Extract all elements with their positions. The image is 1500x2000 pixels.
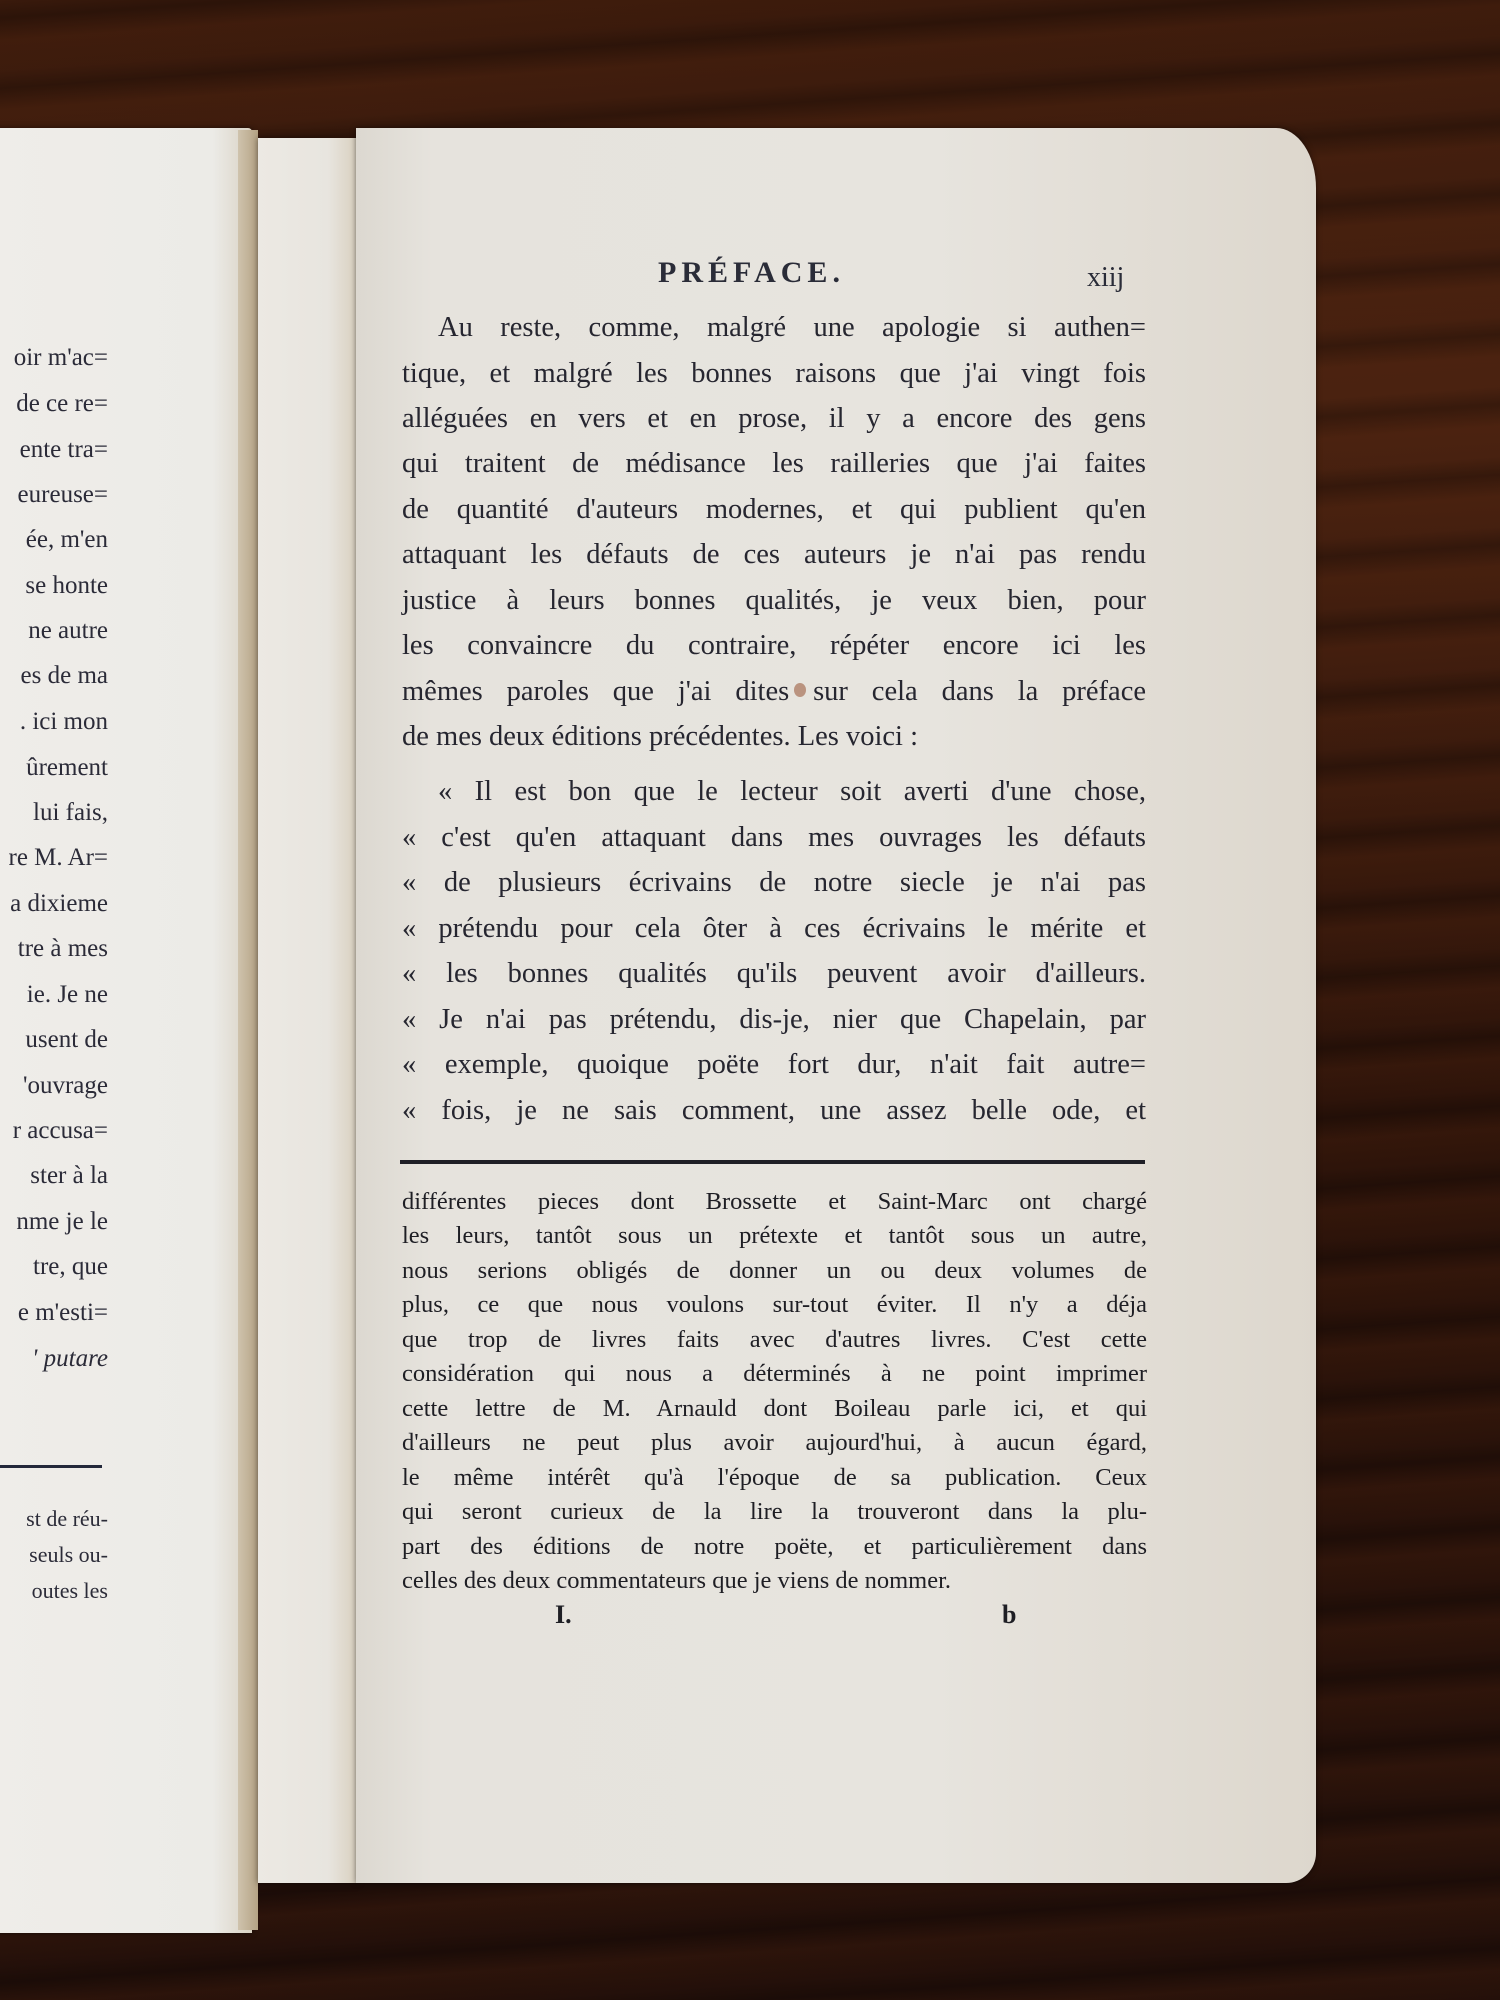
body-line: qui traitent de médisance les railleries…: [402, 450, 1146, 479]
quote-line: « c'est qu'en attaquant dans mes ouvrage…: [402, 824, 1146, 853]
left-line: se honte: [0, 573, 108, 598]
page-number: xiij: [1087, 262, 1124, 294]
left-line: ' putare: [0, 1346, 108, 1371]
left-line: de ce re=: [0, 391, 108, 416]
signature-mark: b: [1002, 1600, 1016, 1630]
footnote-line: plus, ce que nous voulons sur-tout évite…: [402, 1293, 1147, 1318]
left-line: eureuse=: [0, 482, 108, 507]
body-line: alléguées en vers et en prose, il y a en…: [402, 405, 1146, 434]
footnote-rule: [400, 1160, 1145, 1164]
quote-line: « exemple, quoique poëte fort dur, n'ait…: [402, 1051, 1146, 1080]
quote-line: « de plusieurs écrivains de notre siecle…: [402, 869, 1146, 898]
left-line: tre à mes: [0, 936, 108, 961]
quote-line: « prétendu pour cela ôter à ces écrivain…: [402, 915, 1146, 944]
left-line: r accusa=: [0, 1118, 108, 1143]
left-line: ne autre: [0, 618, 108, 643]
quote-line: « les bonnes qualités qu'ils peuvent avo…: [402, 960, 1146, 989]
left-footnote-rule: [0, 1465, 102, 1468]
quote-line: « Je n'ai pas prétendu, dis-je, nier que…: [402, 1006, 1146, 1035]
left-line: 'ouvrage: [0, 1073, 108, 1098]
left-footnote-line: outes les: [0, 1580, 108, 1602]
left-line: re M. Ar=: [0, 845, 108, 870]
left-line: es de ma: [0, 663, 108, 688]
left-line: usent de: [0, 1027, 108, 1052]
footnote-line: part des éditions de notre poëte, et par…: [402, 1535, 1147, 1560]
footnote-line: celles des deux commentateurs que je vie…: [402, 1569, 1147, 1594]
signature-volume: I.: [555, 1600, 572, 1630]
quote-line: « Il est bon que le lecteur soit averti …: [402, 778, 1146, 807]
left-line: a dixieme: [0, 891, 108, 916]
left-page-edge: [238, 130, 258, 1930]
footnote-line: les leurs, tantôt sous un prétexte et ta…: [402, 1224, 1147, 1249]
quote-line: « fois, je ne sais comment, une assez be…: [402, 1097, 1146, 1126]
left-line: tre, que: [0, 1254, 108, 1279]
body-line: tique, et malgré les bonnes raisons que …: [402, 360, 1146, 389]
body-line: les convaincre du contraire, répéter enc…: [402, 632, 1146, 661]
footnote-line: que trop de livres faits avec d'autres l…: [402, 1328, 1147, 1353]
left-line: ster à la: [0, 1163, 108, 1188]
body-line: mêmes paroles que j'ai dites sur cela da…: [402, 678, 1146, 707]
footnote-line: cette lettre de M. Arnauld dont Boileau …: [402, 1397, 1147, 1422]
left-line: ûrement: [0, 755, 108, 780]
footnote-line: différentes pieces dont Brossette et Sai…: [402, 1190, 1147, 1215]
body-line: attaquant les défauts de ces auteurs je …: [402, 541, 1146, 570]
body-line: de quantité d'auteurs modernes, et qui p…: [402, 496, 1146, 525]
left-line: ie. Je ne: [0, 982, 108, 1007]
left-line: ée, m'en: [0, 527, 108, 552]
left-line: . ici mon: [0, 709, 108, 734]
body-line: de mes deux éditions précédentes. Les vo…: [402, 723, 1146, 752]
left-line: oir m'ac=: [0, 345, 108, 370]
left-line: ente tra=: [0, 437, 108, 462]
footnote-line: nous serions obligés de donner un ou deu…: [402, 1259, 1147, 1284]
left-line: nme je le: [0, 1209, 108, 1234]
footnote-line: considération qui nous a déterminés à ne…: [402, 1362, 1147, 1387]
left-footnote-line: st de réu-: [0, 1508, 108, 1530]
left-line: e m'esti=: [0, 1300, 108, 1325]
gutter-page: [258, 138, 358, 1883]
body-line: Au reste, comme, malgré une apologie si …: [402, 314, 1146, 343]
body-line: justice à leurs bonnes qualités, je veux…: [402, 587, 1146, 616]
footnote-line: d'ailleurs ne peut plus avoir aujourd'hu…: [402, 1431, 1147, 1456]
running-head: PRÉFACE.: [658, 256, 845, 290]
footnote-line: qui seront curieux de la lire la trouver…: [402, 1500, 1147, 1525]
left-footnote-line: seuls ou-: [0, 1544, 108, 1566]
left-line: lui fais,: [0, 800, 108, 825]
footnote-line: le même intérêt qu'à l'époque de sa publ…: [402, 1466, 1147, 1491]
foxing-stain: [794, 683, 806, 697]
